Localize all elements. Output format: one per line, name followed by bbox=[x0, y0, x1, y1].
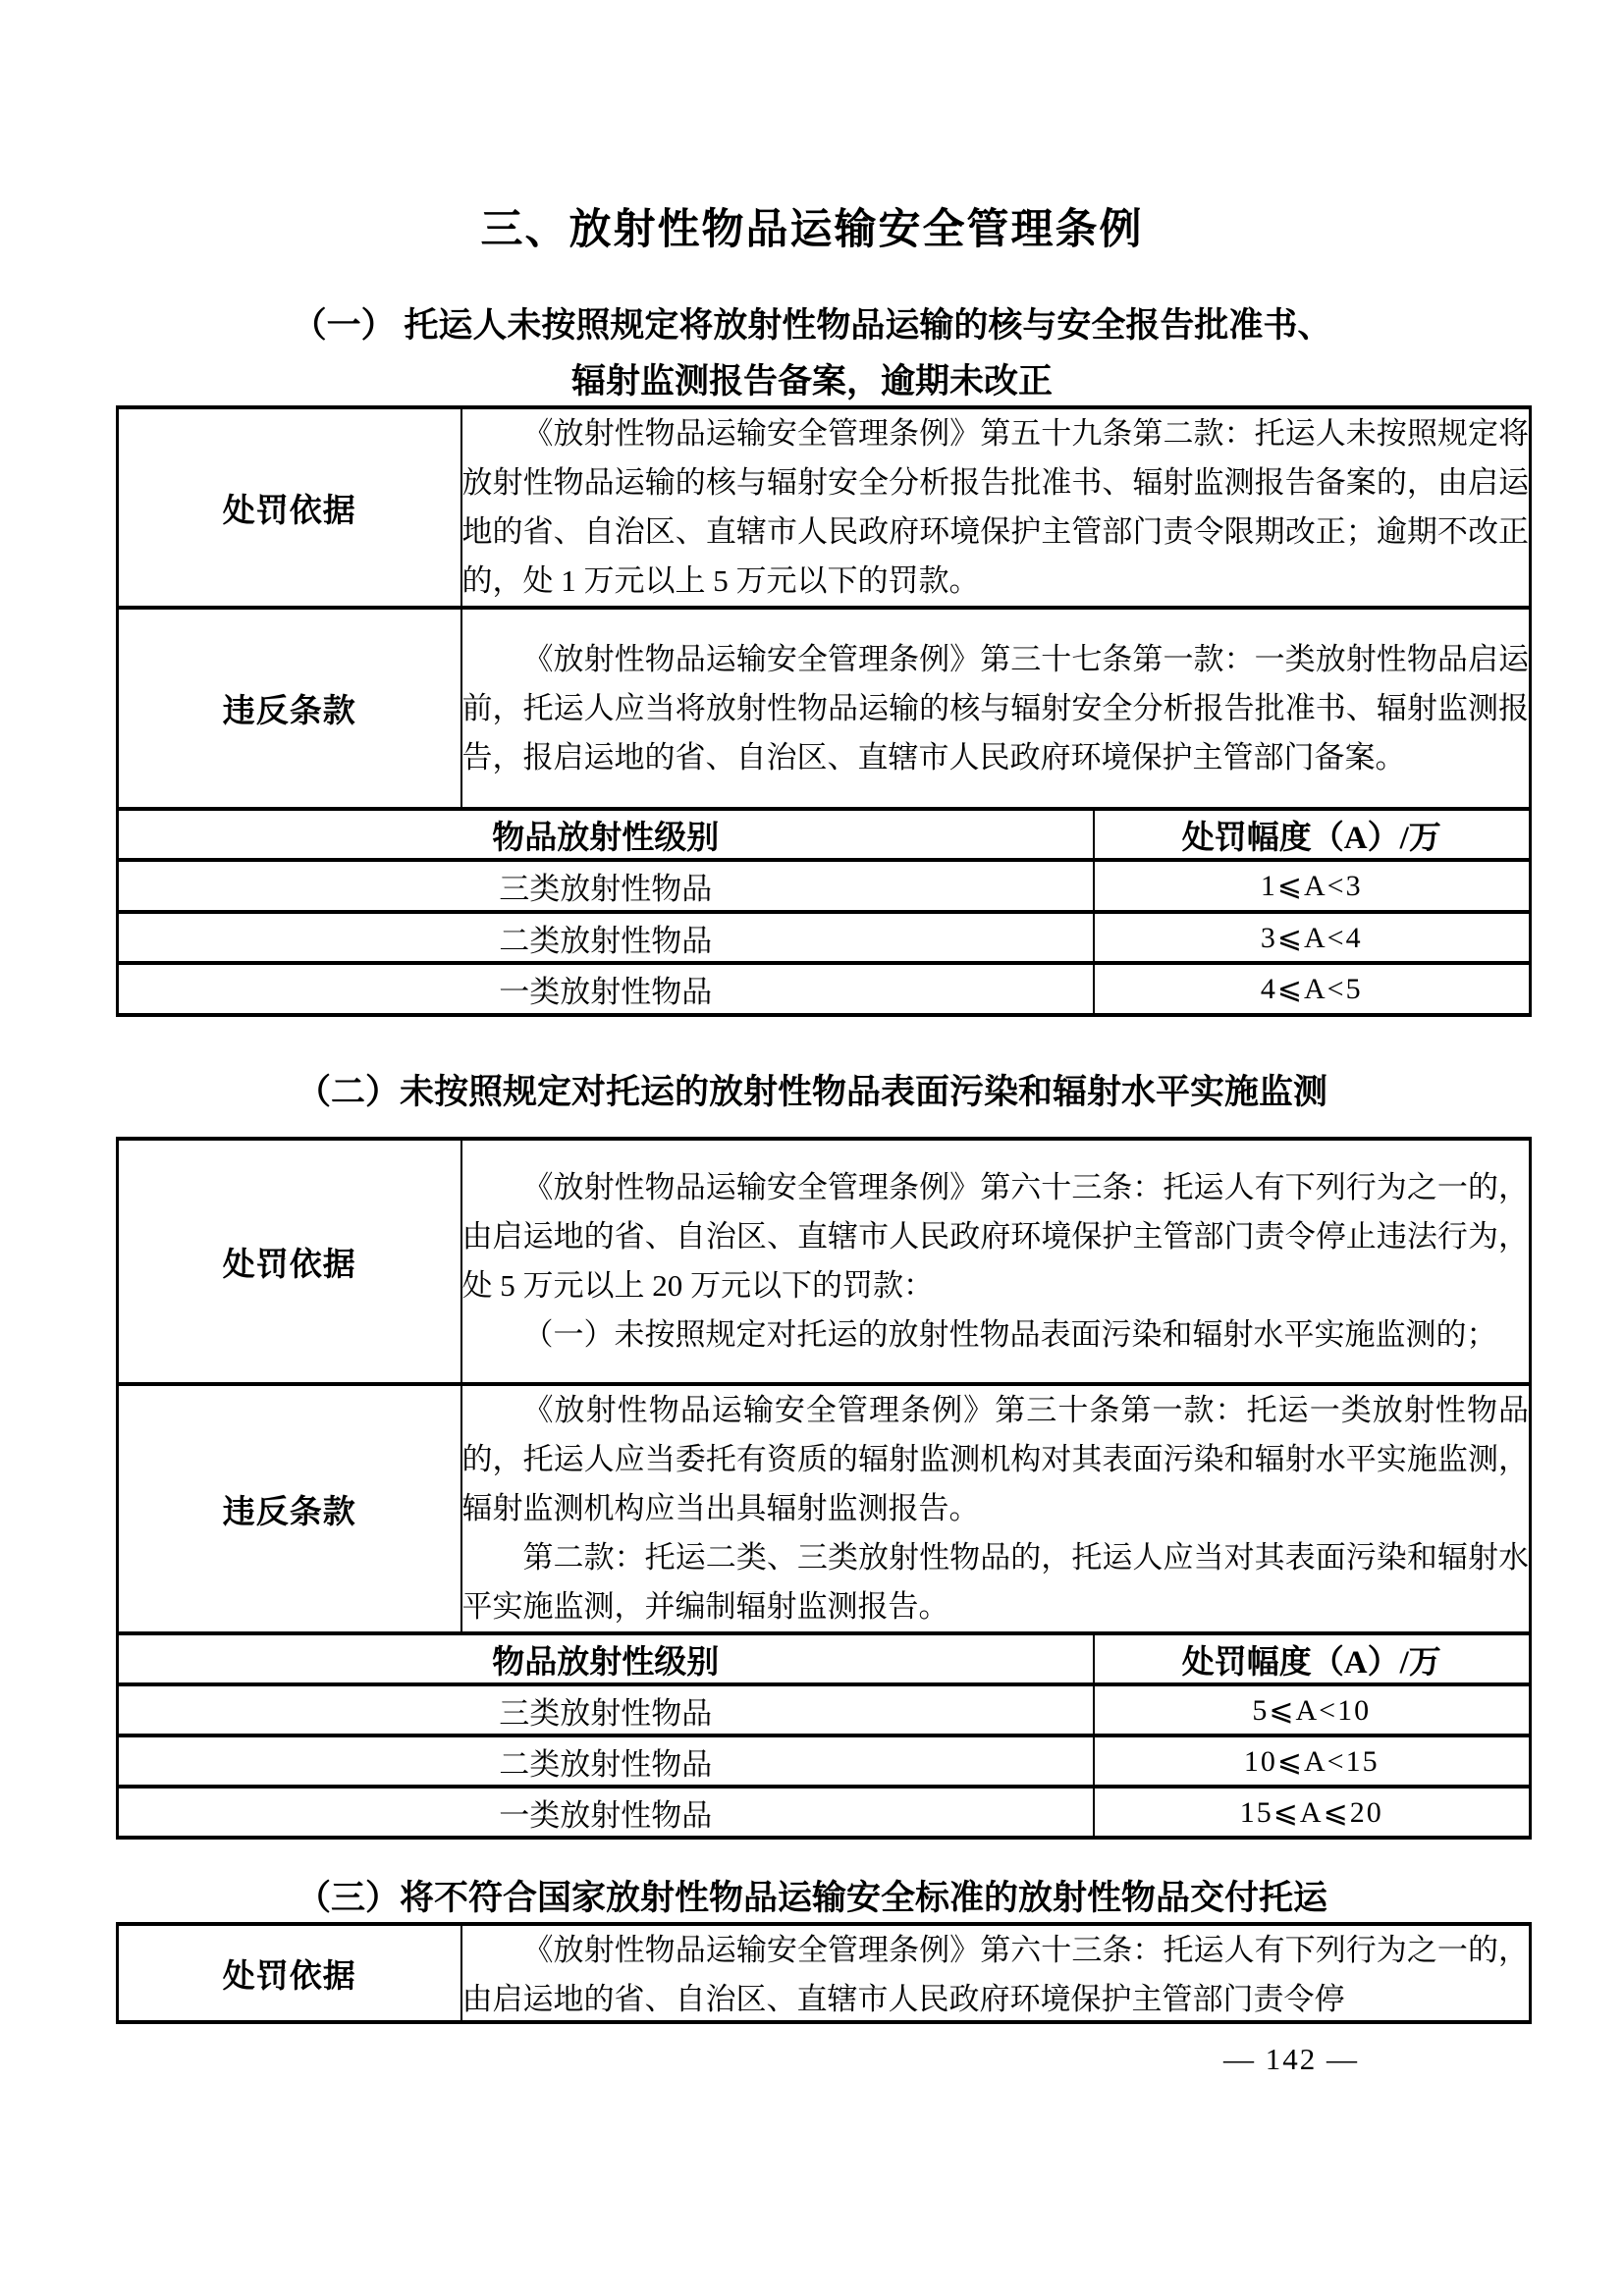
violation-content-cell: 《放射性物品运输安全管理条例》第三十七条第一款：一类放射性物品启运前，托运人应当… bbox=[461, 608, 1531, 809]
paragraph: 第二款：托运二类、三类放射性物品的，托运人应当对其表面污染和辐射水平实施监测，并… bbox=[462, 1533, 1530, 1631]
section-1-heading-line-2: 辐射监测报告备案，逾期未改正 bbox=[0, 353, 1624, 409]
level-cell: 二类放射性物品 bbox=[118, 912, 1094, 963]
paragraph: 《放射性物品运输安全管理条例》第三十七条第一款：一类放射性物品启运前，托运人应当… bbox=[462, 635, 1530, 782]
table-row: 一类放射性物品 4⩽A<5 bbox=[118, 963, 1531, 1015]
document-page: 三、放射性物品运输安全管理条例 （一） 托运人未按照规定将放射性物品运输的核与安… bbox=[0, 0, 1624, 2296]
penalty-header-cell: 处罚幅度（A）/万 bbox=[1094, 809, 1531, 860]
table-row: 违反条款 《放射性物品运输安全管理条例》第三十条第一款：托运一类放射性物品的，托… bbox=[118, 1384, 1531, 1633]
table-row: 违反条款 《放射性物品运输安全管理条例》第三十七条第一款：一类放射性物品启运前，… bbox=[118, 608, 1531, 809]
table-row: 一类放射性物品 15⩽A⩽20 bbox=[118, 1787, 1531, 1838]
level-header-cell: 物品放射性级别 bbox=[118, 809, 1094, 860]
basis-label-cell: 处罚依据 bbox=[118, 1139, 461, 1384]
level-cell: 三类放射性物品 bbox=[118, 860, 1094, 912]
basis-content-cell: 《放射性物品运输安全管理条例》第六十三条：托运人有下列行为之一的，由启运地的省、… bbox=[461, 1139, 1531, 1384]
penalty-cell: 3⩽A<4 bbox=[1094, 912, 1531, 963]
level-cell: 三类放射性物品 bbox=[118, 1684, 1094, 1735]
level-header-cell: 物品放射性级别 bbox=[118, 1633, 1094, 1684]
page-number: — 142 — bbox=[1183, 2042, 1399, 2077]
table-row: 处罚依据 《放射性物品运输安全管理条例》第六十三条：托运人有下列行为之一的，由启… bbox=[118, 1139, 1531, 1384]
section-2-table: 处罚依据 《放射性物品运输安全管理条例》第六十三条：托运人有下列行为之一的，由启… bbox=[116, 1137, 1532, 1840]
document-title: 三、放射性物品运输安全管理条例 bbox=[0, 196, 1624, 256]
penalty-cell: 5⩽A<10 bbox=[1094, 1684, 1531, 1735]
level-cell: 一类放射性物品 bbox=[118, 963, 1094, 1015]
table-row: 三类放射性物品 1⩽A<3 bbox=[118, 860, 1531, 912]
section-3-table: 处罚依据 《放射性物品运输安全管理条例》第六十三条：托运人有下列行为之一的，由启… bbox=[116, 1922, 1532, 2024]
clipped-content: 《放射性物品运输安全管理条例》第六十三条：托运人有下列行为之一的，由启运地的省、… bbox=[462, 1926, 1530, 2020]
basis-content-cell: 《放射性物品运输安全管理条例》第六十三条：托运人有下列行为之一的，由启运地的省、… bbox=[461, 1924, 1531, 2022]
paragraph: 《放射性物品运输安全管理条例》第六十三条：托运人有下列行为之一的，由启运地的省、… bbox=[462, 1926, 1530, 2020]
paragraph: 《放射性物品运输安全管理条例》第六十三条：托运人有下列行为之一的，由启运地的省、… bbox=[462, 1163, 1530, 1310]
penalty-cell: 15⩽A⩽20 bbox=[1094, 1787, 1531, 1838]
penalty-cell: 10⩽A<15 bbox=[1094, 1735, 1531, 1787]
basis-label-cell: 处罚依据 bbox=[118, 1924, 461, 2022]
table-row: 物品放射性级别 处罚幅度（A）/万 bbox=[118, 1633, 1531, 1684]
penalty-cell: 1⩽A<3 bbox=[1094, 860, 1531, 912]
table-row: 物品放射性级别 处罚幅度（A）/万 bbox=[118, 809, 1531, 860]
table-row: 三类放射性物品 5⩽A<10 bbox=[118, 1684, 1531, 1735]
section-1-table: 处罚依据 《放射性物品运输安全管理条例》第五十九条第二款：托运人未按照规定将放射… bbox=[116, 405, 1532, 1017]
section-1-heading-line-1: （一） 托运人未按照规定将放射性物品运输的核与安全报告批准书、 bbox=[0, 297, 1624, 353]
section-2-heading: （二）未按照规定对托运的放射性物品表面污染和辐射水平实施监测 bbox=[0, 1064, 1624, 1120]
penalty-cell: 4⩽A<5 bbox=[1094, 963, 1531, 1015]
table-row: 处罚依据 《放射性物品运输安全管理条例》第五十九条第二款：托运人未按照规定将放射… bbox=[118, 407, 1531, 608]
section-1-heading: （一） 托运人未按照规定将放射性物品运输的核与安全报告批准书、 辐射监测报告备案… bbox=[0, 297, 1624, 409]
table-row: 二类放射性物品 3⩽A<4 bbox=[118, 912, 1531, 963]
level-cell: 一类放射性物品 bbox=[118, 1787, 1094, 1838]
basis-label-cell: 处罚依据 bbox=[118, 407, 461, 608]
paragraph: 《放射性物品运输安全管理条例》第三十条第一款：托运一类放射性物品的，托运人应当委… bbox=[462, 1386, 1530, 1533]
paragraph: 《放射性物品运输安全管理条例》第五十九条第二款：托运人未按照规定将放射性物品运输… bbox=[462, 409, 1530, 606]
table-row: 二类放射性物品 10⩽A<15 bbox=[118, 1735, 1531, 1787]
violation-content-cell: 《放射性物品运输安全管理条例》第三十条第一款：托运一类放射性物品的，托运人应当委… bbox=[461, 1384, 1531, 1633]
penalty-header-cell: 处罚幅度（A）/万 bbox=[1094, 1633, 1531, 1684]
table-row: 处罚依据 《放射性物品运输安全管理条例》第六十三条：托运人有下列行为之一的，由启… bbox=[118, 1924, 1531, 2022]
paragraph: （一）未按照规定对托运的放射性物品表面污染和辐射水平实施监测的； bbox=[462, 1310, 1530, 1360]
violation-label-cell: 违反条款 bbox=[118, 1384, 461, 1633]
level-cell: 二类放射性物品 bbox=[118, 1735, 1094, 1787]
section-3-heading: （三）将不符合国家放射性物品运输安全标准的放射性物品交付托运 bbox=[0, 1870, 1624, 1926]
basis-content-cell: 《放射性物品运输安全管理条例》第五十九条第二款：托运人未按照规定将放射性物品运输… bbox=[461, 407, 1531, 608]
violation-label-cell: 违反条款 bbox=[118, 608, 461, 809]
